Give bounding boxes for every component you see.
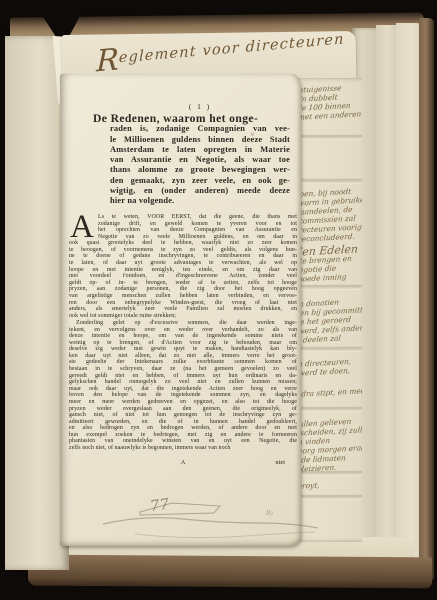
body-line: deeze intentie en hoope, om van de inget… — [69, 333, 297, 340]
body-line: van argelistige menschen zullen hebben l… — [69, 293, 297, 300]
heading-line: den gemaakt, zyn zeer veele, en ook ge- — [110, 176, 290, 186]
page-number: ( 1 ) — [110, 102, 290, 111]
heading-line: le Millioenen guldens binnen deeze Stadt — [110, 135, 290, 145]
page-fore-edge — [376, 25, 398, 573]
body-line: zelfs noch niet, of naauwlyks is begonne… — [69, 445, 297, 452]
body-paragraph-1: A Ls te weten, VOOR EERST, dat die geene… — [69, 214, 297, 319]
heading-line: wigtig, en (onder anderen) meede deeze — [110, 186, 290, 196]
paragraph-2-lines: Zonderling gelet op d'excessive sommen, … — [69, 320, 297, 452]
body-line: phantasien van oneindelyke winsten van e… — [69, 438, 297, 445]
book-bottom-binding-edge — [28, 555, 432, 589]
faint-pencil-mark: Bz — [266, 510, 274, 517]
body-line: hoope en met intentie eeniglyk, ten eind… — [69, 267, 297, 274]
photograph-of-book: Reglement voor directeuren getuigenissei… — [0, 0, 437, 600]
heading-line: Amsterdam te laten opregten in Materie — [110, 145, 290, 155]
pencil-scribble-zone: 77 — [95, 490, 330, 542]
body-line: gereedt geldt niet en hebben, of immers … — [69, 373, 297, 380]
body-line: ren door een onbegrypelyke Winden-geest,… — [69, 300, 297, 307]
handwritten-title: Reglement voor directeuren — [96, 28, 345, 73]
body-line: Negotie van zo veele Millioenen guldens,… — [98, 234, 297, 241]
body-line: met voordeel t'ontdoen, en d'ingeschreev… — [69, 273, 297, 280]
pamphlet-heading: De Redenen, waarom het onge-raden is, zo… — [110, 114, 290, 207]
drop-cap: A — [70, 214, 94, 241]
signature-row: A niet — [69, 459, 297, 469]
body-line: anders, als smertelyk zeer veele Familie… — [69, 306, 297, 313]
heading-line: van Assurantie en Negotie, als waar toe — [110, 155, 290, 165]
body-line: Ls te weten, VOOR EERST, dat die geene, … — [98, 214, 297, 221]
signature-mark: A — [69, 459, 297, 466]
marginalia-note: Een Edelen vante brengen enNegotie diego… — [290, 244, 362, 285]
heading-line: De Redenen, waarom het onge- — [93, 114, 290, 124]
body-paragraph-2: Zonderling gelet op d'excessive sommen, … — [69, 320, 297, 452]
pencil-number: 77 — [149, 495, 170, 515]
heading-line: hier na volgende. — [110, 196, 290, 206]
handwritten-title-rest: eglement voor directeuren — [119, 31, 345, 66]
body-line: Zonderling gelet op d'excessive sommen, … — [69, 320, 297, 327]
body-line: boven den belope van de ingetekende somm… — [69, 392, 297, 399]
body-line: ook quasi grootelyks deel te hebben, waa… — [69, 240, 297, 247]
book-cover-edge — [419, 18, 434, 582]
body-line: te laten, of daar uyt groote advantages … — [69, 260, 297, 267]
body-line: hun exempel zoeken te bedriegen, met zig… — [69, 432, 297, 439]
heading-line: thans alomme zo groote bewegingen wer- — [110, 165, 290, 175]
body-line: en also bedrogen zyn en bedrogen werden,… — [69, 425, 297, 432]
body-line: bestaan in te schryven, daar ze (na het … — [69, 366, 297, 373]
marginalia-note: zodra stipt, en meede — [292, 386, 362, 399]
marginalia-note: na directeuren,werd te doen, — [291, 356, 362, 378]
faint-pencil-mark: 91 — [418, 558, 425, 564]
body-line: het oprechten van deeze Compagnien van A… — [98, 227, 297, 234]
heading-line: raden is, zodanige Compagnien van vee- — [110, 124, 290, 134]
body-line: deselve zig weder met gewin quyt te make… — [69, 346, 297, 353]
body-line: zodanige drift, en geweld komen te yvere… — [98, 221, 297, 228]
pencil-scribble-icon — [95, 490, 330, 542]
marginalia-note: getuigenissein dubbeltalle 100 binnenmet… — [290, 82, 362, 123]
body-line: maar ook daar uyt, dat die ingetekende A… — [69, 386, 297, 393]
body-line: gelykschen handel onmogelyk zo veel niet… — [69, 379, 297, 386]
catchword: niet — [275, 459, 285, 466]
body-line: geldt op- of in- te brengen, weder af te… — [69, 280, 297, 287]
body-line: weinig op te brengen, of d'Actien voor z… — [69, 340, 297, 347]
paragraph-1-lines: Ls te weten, VOOR EERST, dat die geene, … — [69, 214, 297, 319]
body-line: gansch niet, of niet tot hun genoegen to… — [69, 412, 297, 419]
printed-pamphlet-page: ( 1 ) De Redenen, waarom het onge-raden … — [60, 74, 301, 546]
body-line: ook wel tot sommiger totale ruine strekk… — [69, 313, 297, 320]
marginalia-line: zodra stipt, en meede — [293, 386, 362, 399]
body-line: pryzen, aan zodanige personen, die zig d… — [69, 286, 297, 293]
body-line: meer en meer werden gedreeven en opgezet… — [69, 399, 297, 406]
